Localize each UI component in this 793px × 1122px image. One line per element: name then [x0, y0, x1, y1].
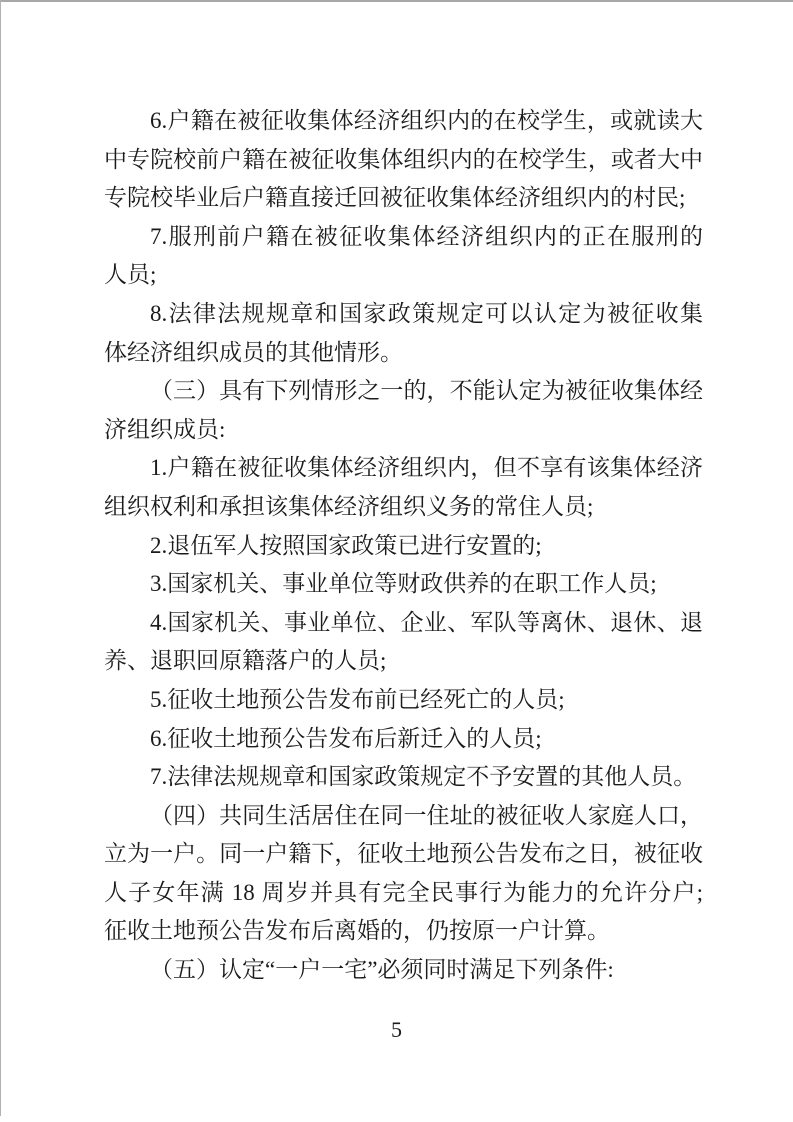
- paragraph-line: 中专院校前户籍在被征收集体组织内的在校学生，或者大中: [104, 141, 703, 180]
- paragraph-line: 济组织成员:: [104, 411, 703, 450]
- paragraph-line: 专院校毕业后户籍直接迁回被征收集体经济组织内的村民;: [104, 179, 703, 218]
- paragraph-line: 2.退伍军人按照国家政策已进行安置的;: [104, 527, 703, 566]
- document-body: 6.户籍在被征收集体经济组织内的在校学生，或就读大中专院校前户籍在被征收集体组织…: [104, 102, 703, 990]
- paragraph: 6.征收土地预公告发布后新迁入的人员;: [104, 720, 703, 759]
- scan-top-edge-line: [0, 0, 793, 2]
- paragraph-line: 6.户籍在被征收集体经济组织内的在校学生，或就读大: [104, 102, 703, 141]
- paragraph-line: 人员;: [104, 256, 703, 295]
- paragraph-line: 1.户籍在被征收集体经济组织内，但不享有该集体经济: [104, 449, 703, 488]
- paragraph-line: 8.法律法规规章和国家政策规定可以认定为被征收集: [104, 295, 703, 334]
- paragraph-line: （四）共同生活居住在同一住址的被征收人家庭人口，: [104, 797, 703, 836]
- paragraph-line: 7.服刑前户籍在被征收集体经济组织内的正在服刑的: [104, 218, 703, 257]
- paragraph-line: 立为一户。同一户籍下，征收土地预公告发布之日，被征收: [104, 835, 703, 874]
- scan-left-edge-line: [0, 0, 1, 1116]
- paragraph: 4.国家机关、事业单位、企业、军队等离休、退休、退养、退职回原籍落户的人员;: [104, 604, 703, 681]
- paragraph-line: 养、退职回原籍落户的人员;: [104, 642, 703, 681]
- document-page: 6.户籍在被征收集体经济组织内的在校学生，或就读大中专院校前户籍在被征收集体组织…: [0, 0, 793, 1122]
- paragraph: （三）具有下列情形之一的，不能认定为被征收集体经济组织成员:: [104, 372, 703, 449]
- paragraph: （四）共同生活居住在同一住址的被征收人家庭人口，立为一户。同一户籍下，征收土地预…: [104, 797, 703, 951]
- paragraph-line: 7.法律法规规章和国家政策规定不予安置的其他人员。: [104, 758, 703, 797]
- paragraph-line: 6.征收土地预公告发布后新迁入的人员;: [104, 720, 703, 759]
- paragraph-line: 征收土地预公告发布后离婚的，仍按原一户计算。: [104, 912, 703, 951]
- paragraph-line: 组织权利和承担该集体经济组织义务的常住人员;: [104, 488, 703, 527]
- paragraph-line: （三）具有下列情形之一的，不能认定为被征收集体经: [104, 372, 703, 411]
- paragraph: 1.户籍在被征收集体经济组织内，但不享有该集体经济组织权利和承担该集体经济组织义…: [104, 449, 703, 526]
- paragraph: 7.服刑前户籍在被征收集体经济组织内的正在服刑的人员;: [104, 218, 703, 295]
- paragraph-line: 人子女年满 18 周岁并具有完全民事行为能力的允许分户;: [104, 874, 703, 913]
- page-number: 5: [0, 1010, 793, 1050]
- paragraph: 8.法律法规规章和国家政策规定可以认定为被征收集体经济组织成员的其他情形。: [104, 295, 703, 372]
- paragraph-line: （五）认定“一户一宅”必须同时满足下列条件:: [104, 951, 703, 990]
- paragraph: 7.法律法规规章和国家政策规定不予安置的其他人员。: [104, 758, 703, 797]
- paragraph: 6.户籍在被征收集体经济组织内的在校学生，或就读大中专院校前户籍在被征收集体组织…: [104, 102, 703, 218]
- paragraph-line: 体经济组织成员的其他情形。: [104, 334, 703, 373]
- paragraph-line: 3.国家机关、事业单位等财政供养的在职工作人员;: [104, 565, 703, 604]
- paragraph: （五）认定“一户一宅”必须同时满足下列条件:: [104, 951, 703, 990]
- paragraph-line: 5.征收土地预公告发布前已经死亡的人员;: [104, 681, 703, 720]
- paragraph: 2.退伍军人按照国家政策已进行安置的;: [104, 527, 703, 566]
- paragraph: 3.国家机关、事业单位等财政供养的在职工作人员;: [104, 565, 703, 604]
- paragraph: 5.征收土地预公告发布前已经死亡的人员;: [104, 681, 703, 720]
- paragraph-line: 4.国家机关、事业单位、企业、军队等离休、退休、退: [104, 604, 703, 643]
